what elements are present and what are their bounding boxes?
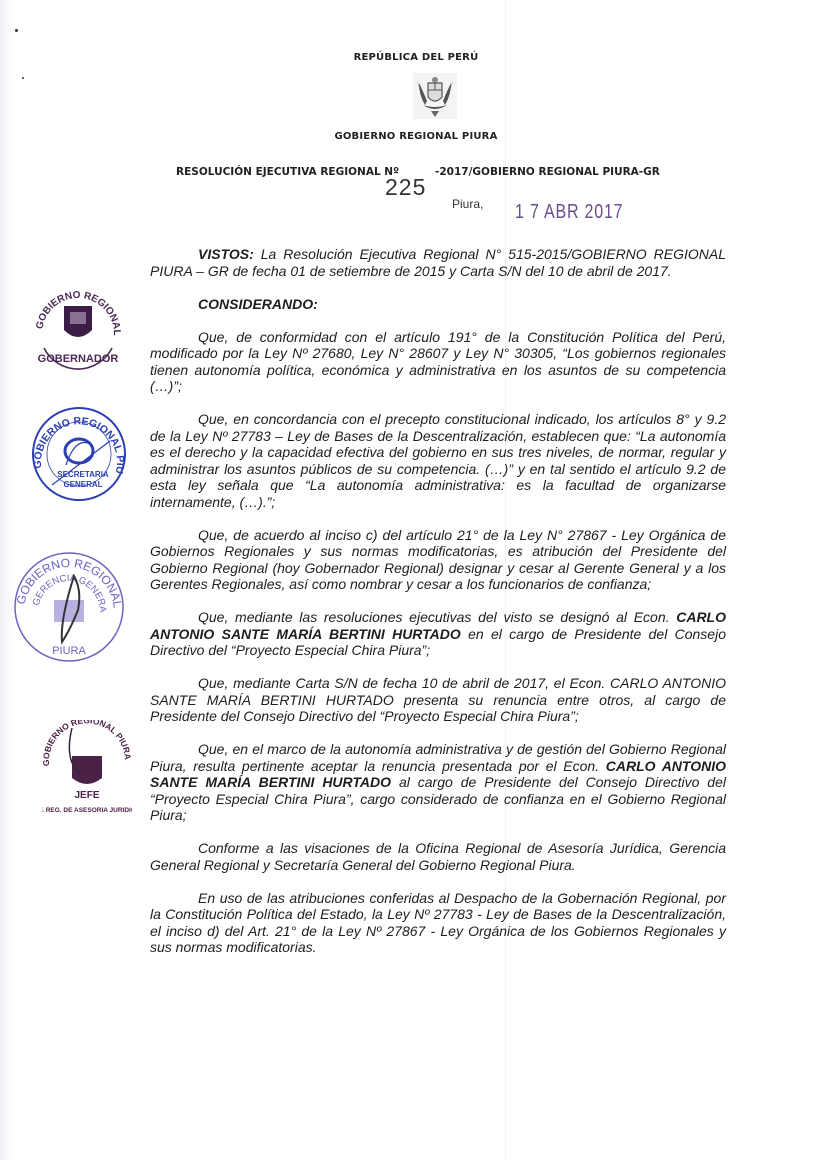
resolution-prefix: RESOLUCIÓN EJECUTIVA REGIONAL Nº: [176, 166, 399, 178]
document-body: VISTOS: La Resolución Ejecutiva Regional…: [150, 246, 726, 972]
asesoria-juridica-stamp: GOBIERNO REGIONAL PIURA JEFE OF. REG. DE…: [42, 720, 132, 816]
paragraph-4: Que, mediante las resoluciones ejecutiva…: [150, 609, 726, 659]
paragraph-3: Que, de acuerdo al inciso c) del artícul…: [150, 527, 726, 593]
vistos-label: VISTOS:: [198, 246, 254, 262]
resolution-suffix: -2017/GOBIERNO REGIONAL PIURA-GR: [435, 166, 660, 178]
resolution-number: 225: [385, 174, 426, 201]
scan-speck: [22, 77, 24, 79]
svg-text:GENERAL: GENERAL: [63, 480, 102, 489]
p4-text-a: Que, mediante las resoluciones ejecutiva…: [198, 609, 676, 625]
secretaria-general-stamp: GOBIERNO REGIONAL PIURA SECRETARIA GENER…: [30, 405, 128, 503]
gerencia-general-stamp: GOBIERNO REGIONAL GERENCIA GENERAL PIURA: [12, 550, 126, 664]
svg-text:PIURA: PIURA: [52, 645, 86, 657]
svg-text:OF. REG. DE ASESORIA JURIDICA: OF. REG. DE ASESORIA JURIDICA: [42, 807, 132, 814]
svg-text:GOBERNADOR: GOBERNADOR: [38, 353, 119, 365]
paragraph-5: Que, mediante Carta S/N de fecha 10 de a…: [150, 675, 726, 725]
paragraph-8: En uso de las atribuciones conferidas al…: [150, 890, 726, 956]
government-heading: GOBIERNO REGIONAL PIURA: [0, 131, 832, 142]
country-heading: REPÚBLICA DEL PERÚ: [0, 52, 832, 63]
scan-speck: [15, 29, 18, 32]
paragraph-2: Que, en concordancia con el precepto con…: [150, 411, 726, 510]
city-label: Piura,: [452, 197, 483, 211]
paragraph-7: Conforme a las visaciones de la Oficina …: [150, 840, 726, 873]
vistos-paragraph: VISTOS: La Resolución Ejecutiva Regional…: [150, 246, 726, 279]
svg-text:JEFE: JEFE: [74, 790, 99, 801]
peru-coat-of-arms-icon: [413, 73, 457, 119]
gobernador-stamp: GOBIERNO REGIONAL PIURA GOBERNADOR: [28, 278, 128, 378]
considerando-heading: CONSIDERANDO:: [150, 296, 726, 313]
paragraph-6: Que, en el marco de la autonomía adminis…: [150, 741, 726, 824]
paragraph-1: Que, de conformidad con el artículo 191°…: [150, 329, 726, 395]
considerando-label: CONSIDERANDO:: [198, 296, 318, 312]
svg-text:SECRETARIA: SECRETARIA: [57, 470, 109, 479]
date-stamp: 1 7 ABR 2017: [515, 201, 623, 224]
